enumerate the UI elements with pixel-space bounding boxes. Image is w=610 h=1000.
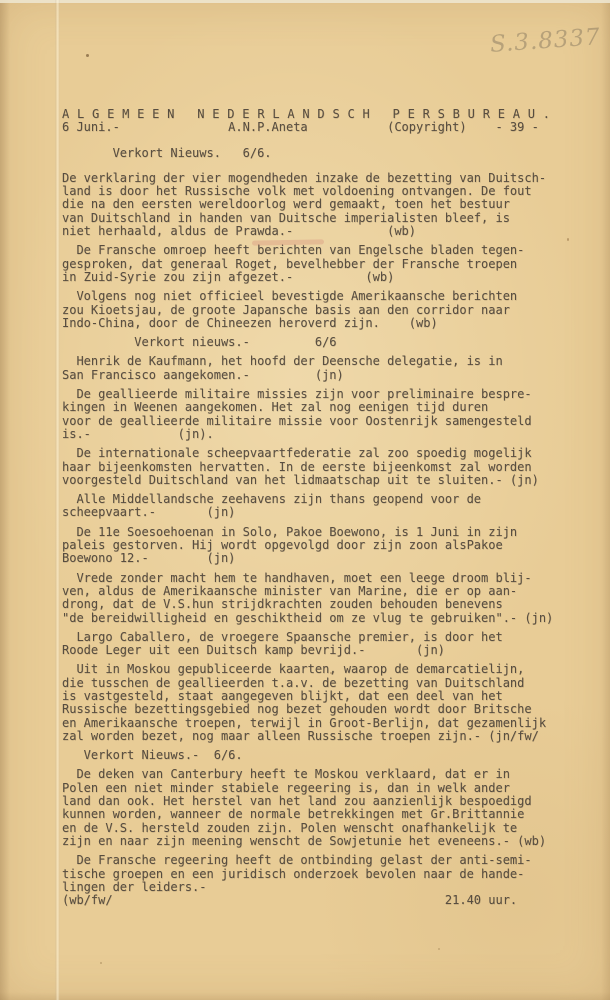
paragraph: Volgens nog niet officieel bevestigde Am… [62, 290, 558, 330]
text-line: zijn en naar zijn meening wenscht de Sow… [62, 835, 558, 848]
text-line: die tusschen de geallieerden t.a.v. de b… [62, 677, 558, 690]
text-line: kunnen worden, wanneer de normale betrek… [62, 808, 558, 821]
text-line: "de bereidwilligheid en geschiktheid om … [62, 612, 558, 625]
text-line: Roode Leger uit een Duitsch kamp bevrijd… [62, 644, 558, 657]
text-line: ALGEMEEN NEDERLANDSCH PERSBUREAU. [62, 108, 558, 121]
text-line: haar bijeenkomsten hervatten. In de eers… [62, 461, 558, 474]
paragraph: De geallieerde militaire missies zijn vo… [62, 388, 558, 441]
header-line: 6 Juni.- A.N.P.Aneta (Copyright) - 39 - [62, 121, 558, 134]
text-line: van Duitschland in handen van Duitsche i… [62, 212, 558, 225]
paper-speck [438, 948, 440, 950]
text-line: die na den eersten wereldoorlog werd gem… [62, 198, 558, 211]
section-heading: Verkort Nieuws. 6/6. [62, 147, 558, 160]
text-line: Henrik de Kaufmann, het hoofd der Deensc… [62, 355, 558, 368]
agency-title: ALGEMEEN NEDERLANDSCH PERSBUREAU. [62, 108, 558, 121]
text-line: Russische bezettingsgebied nog bezet geh… [62, 703, 558, 716]
text-line: Vrede zonder macht hem te handhaven, moe… [62, 572, 558, 585]
section-heading: Verkort nieuws.- 6/6 [62, 336, 558, 349]
text-line: 6 Juni.- A.N.P.Aneta (Copyright) - 39 - [62, 121, 558, 134]
text-line: en de V.S. hersteld zouden zijn. Polen w… [62, 822, 558, 835]
text-line: Polen een niet minder stabiele regeering… [62, 782, 558, 795]
text-line: land dan ook. Het herstel van het land z… [62, 795, 558, 808]
text-line: (wb/fw/ 21.40 uur. [62, 894, 558, 907]
paragraph: De Fransche regeering heeft de ontbindin… [62, 854, 558, 907]
text-line: in Zuid-Syrie zou zijn afgezet.- (wb) [62, 271, 558, 284]
text-line: drong, dat de V.S.hun strijdkrachten zou… [62, 598, 558, 611]
text-line: Verkort Nieuws.- 6/6. [62, 749, 558, 762]
text-line: De deken van Canterbury heeft te Moskou … [62, 768, 558, 781]
text-line: paleis gestorven. Hij wordt opgevolgd do… [62, 539, 558, 552]
text-line: Uit in Moskou gepubliceerde kaarten, waa… [62, 663, 558, 676]
text-line: niet herhaald, aldus de Prawda.- (wb) [62, 225, 558, 238]
text-line: Boewono 12.- (jn) [62, 552, 558, 565]
paragraph: De verklaring der vier mogendheden inzak… [62, 172, 558, 238]
text-line: en Amerikaansche troepen, terwijl in Gro… [62, 717, 558, 730]
text-line: De Fransche omroep heeft berichten van E… [62, 244, 558, 257]
text-line: gesproken, dat generaal Roget, bevelhebb… [62, 258, 558, 271]
text-line: zou Kioetsjau, de groote Japansche basis… [62, 304, 558, 317]
text-line: Alle Middellandsche zeehavens zijn thans… [62, 493, 558, 506]
text-line: land is door het Russische volk met vold… [62, 185, 558, 198]
text-line: scheepvaart.- (jn) [62, 506, 558, 519]
text-line: is vastgesteld, staat aangegeven blijkt,… [62, 690, 558, 703]
text-line: Largo Caballero, de vroegere Spaansche p… [62, 631, 558, 644]
paragraph: De 11e Soesoehoenan in Solo, Pakoe Boewo… [62, 526, 558, 566]
paragraph: De internationale scheepvaartfederatie z… [62, 447, 558, 487]
text-line: kingen in Weenen aangekomen. Het zal nog… [62, 401, 558, 414]
paper-fold-crease [55, 0, 60, 1000]
document-page: S.3.8337 ALGEMEEN NEDERLANDSCH PERSBUREA… [0, 0, 610, 1000]
paper-speck [86, 54, 89, 57]
text-line: Verkort nieuws.- 6/6 [62, 336, 558, 349]
paper-speck [330, 672, 332, 674]
paper-speck [567, 238, 569, 241]
text-line: is.- (jn). [62, 428, 558, 441]
text-column: ALGEMEEN NEDERLANDSCH PERSBUREAU.6 Juni.… [62, 108, 558, 913]
text-line: Volgens nog niet officieel bevestigde Am… [62, 290, 558, 303]
paragraph: Vrede zonder macht hem te handhaven, moe… [62, 572, 558, 625]
section-heading: Verkort Nieuws.- 6/6. [62, 749, 558, 762]
paragraph: De deken van Canterbury heeft te Moskou … [62, 768, 558, 848]
paragraph: Largo Caballero, de vroegere Spaansche p… [62, 631, 558, 658]
text-line: De geallieerde militaire missies zijn vo… [62, 388, 558, 401]
text-line: lingen der leiders.- [62, 881, 558, 894]
text-line: De internationale scheepvaartfederatie z… [62, 447, 558, 460]
text-line: zal worden bezet, nog maar alleen Russis… [62, 730, 558, 743]
paragraph: Uit in Moskou gepubliceerde kaarten, waa… [62, 663, 558, 743]
text-line: De 11e Soesoehoenan in Solo, Pakoe Boewo… [62, 526, 558, 539]
scan-top-edge [0, 0, 610, 3]
paragraph: De Fransche omroep heeft berichten van E… [62, 244, 558, 284]
text-line: tische groepen en een juridisch onderzoe… [62, 868, 558, 881]
text-line: De verklaring der vier mogendheden inzak… [62, 172, 558, 185]
text-line: voor de geallieerde militaire missie voo… [62, 415, 558, 428]
text-line: Indo-China, door de Chineezen heroverd z… [62, 317, 558, 330]
text-line: De Fransche regeering heeft de ontbindin… [62, 854, 558, 867]
text-line: ven, aldus de Amerikaansche minister van… [62, 585, 558, 598]
text-line: San Francisco aangekomen.- (jn) [62, 369, 558, 382]
paragraph: Alle Middellandsche zeehavens zijn thans… [62, 493, 558, 520]
paper-speck [100, 962, 102, 964]
text-line: Verkort Nieuws. 6/6. [62, 147, 558, 160]
text-line: voorgesteld Duitschland van het lidmaats… [62, 474, 558, 487]
paragraph: Henrik de Kaufmann, het hoofd der Deensc… [62, 355, 558, 382]
handwritten-annotation: S.3.8337 [489, 24, 601, 58]
